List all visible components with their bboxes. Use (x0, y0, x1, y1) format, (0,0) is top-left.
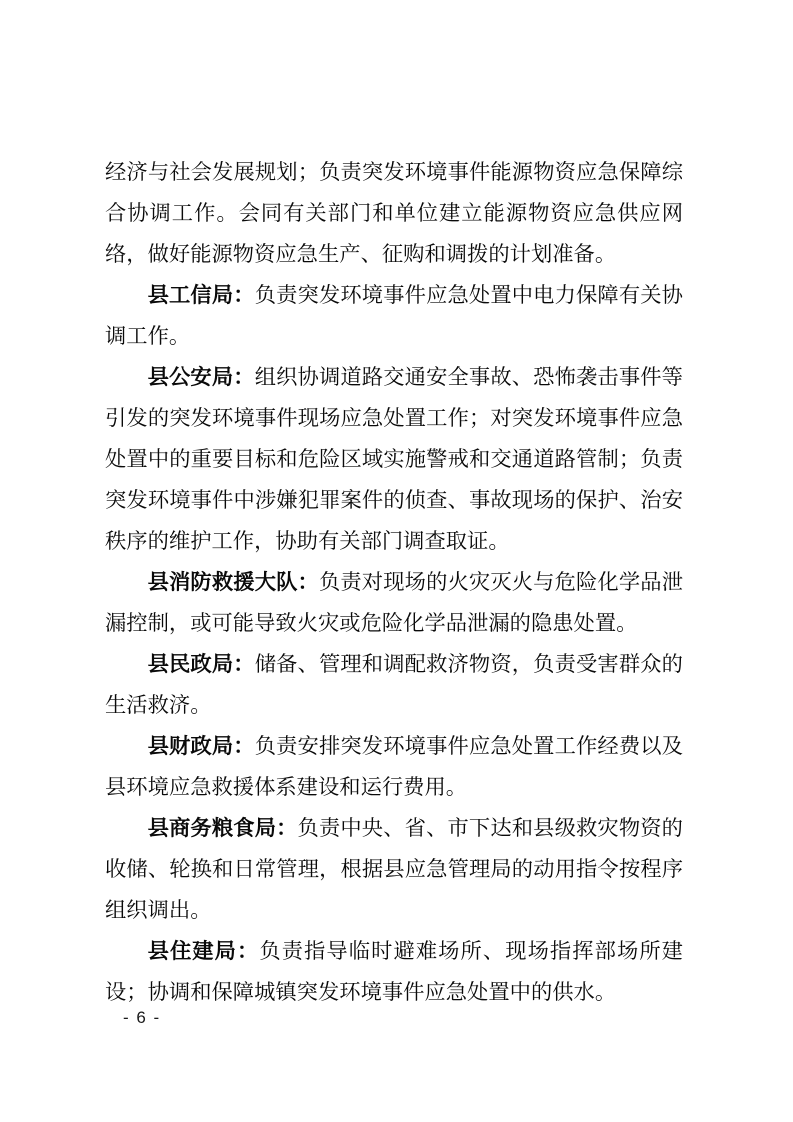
paragraph-lead: 县财政局： (148, 734, 255, 758)
paragraph-lead: 县商务粮食局： (148, 816, 298, 840)
paragraph-text: 组织协调道路交通安全事故、恐怖袭击事件等引发的突发环境事件现场应急处置工作；对突… (105, 365, 683, 553)
paragraph-lead: 县工信局： (148, 283, 255, 307)
paragraph: 县民政局：储备、管理和调配救济物资，负责受害群众的生活救济。 (105, 644, 683, 726)
paragraph-text: 经济与社会发展规划；负责突发环境事件能源物资应急保障综合协调工作。会同有关部门和… (105, 160, 683, 266)
paragraph: 县商务粮食局：负责中央、省、市下达和县级救灾物资的收储、轮换和日常管理，根据县应… (105, 808, 683, 931)
paragraph: 县财政局：负责安排突发环境事件应急处置工作经费以及县环境应急救援体系建设和运行费… (105, 726, 683, 808)
page-number: - 6 - (123, 1008, 161, 1028)
paragraph-lead: 县消防救援大队： (148, 570, 319, 594)
paragraph: 县工信局：负责突发环境事件应急处置中电力保障有关协调工作。 (105, 275, 683, 357)
paragraph-lead: 县民政局： (148, 652, 255, 676)
paragraph-lead: 县住建局： (148, 939, 260, 963)
paragraph: 县住建局：负责指导临时避难场所、现场指挥部场所建设；协调和保障城镇突发环境事件应… (105, 931, 683, 1013)
paragraph: 经济与社会发展规划；负责突发环境事件能源物资应急保障综合协调工作。会同有关部门和… (105, 152, 683, 275)
paragraph: 县公安局：组织协调道路交通安全事故、恐怖袭击事件等引发的突发环境事件现场应急处置… (105, 357, 683, 562)
paragraph: 县消防救援大队：负责对现场的火灾灭火与危险化学品泄漏控制，或可能导致火灾或危险化… (105, 562, 683, 644)
paragraph-lead: 县公安局： (148, 365, 255, 389)
document-page: 经济与社会发展规划；负责突发环境事件能源物资应急保障综合协调工作。会同有关部门和… (0, 0, 793, 1122)
document-body: 经济与社会发展规划；负责突发环境事件能源物资应急保障综合协调工作。会同有关部门和… (105, 152, 683, 1013)
